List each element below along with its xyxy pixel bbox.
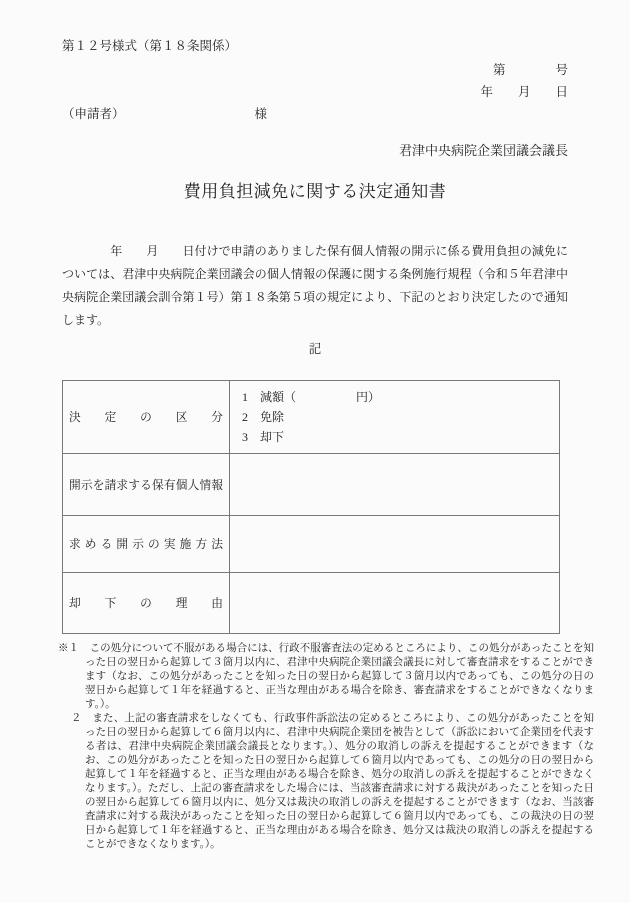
document-page: 第１２号様式（第１８条関係） 第 号 年 月 日 （申請者） 様 君津中央病院企… [0,0,630,903]
personal-info-cell [230,454,560,516]
note-2-text: また、上記の審査請求をしなくても、行政事件訴訟法の定めるところにより、この処分が… [85,713,594,850]
applicant-line: （申請者） 様 [62,106,568,122]
rejection-reason-cell [230,573,560,634]
option-exemption: 2 免除 [242,407,547,427]
date-line: 年 月 日 [62,84,568,100]
record-heading: 記 [62,341,568,357]
form-number: 第１２号様式（第１８条関係） [62,38,568,54]
row-label-rejection-reason: 却下の理由 [63,573,230,634]
decision-table: 決定の区分 1 減額（ 円） 2 免除 3 却下 開示を請求する保有個人情報 求… [62,380,560,634]
row-label-personal-info: 開示を請求する保有個人情報 [63,454,230,516]
note-2-marker: ２ [71,713,92,724]
applicant-honorific: 様 [255,106,268,122]
note-1-text: この処分について不服がある場合には、行政不服審査法の定めるところにより、この処分… [85,643,594,710]
table-row-personal-info: 開示を請求する保有個人情報 [63,454,560,516]
option-rejection: 3 却下 [242,427,547,447]
table-row-decision-category: 決定の区分 1 減額（ 円） 2 免除 3 却下 [63,381,560,454]
document-number-line: 第 号 [62,62,568,78]
applicant-label: （申請者） [62,106,125,122]
body-paragraph: 年 月 日付けで申請のありました保有個人情報の開示に係る費用負担の減免については… [62,240,568,332]
note-1-marker: ※１ [58,643,90,654]
disclosure-method-cell [230,516,560,573]
table-row-rejection-reason: 却下の理由 [63,573,560,634]
decision-options-cell: 1 減額（ 円） 2 免除 3 却下 [230,381,560,454]
document-title: 費用負担減免に関する決定通知書 [62,180,568,204]
option-reduction: 1 減額（ 円） [242,387,547,407]
note-item-1: ※１ この処分について不服がある場合には、行政不服審査法の定めるところにより、こ… [58,642,594,712]
notes-section: ※１ この処分について不服がある場合には、行政不服審査法の定めるところにより、こ… [58,642,594,852]
row-label-disclosure-method: 求める開示の実施方法 [63,516,230,573]
table-row-disclosure-method: 求める開示の実施方法 [63,516,560,573]
note-item-2: ２ また、上記の審査請求をしなくても、行政事件訴訟法の定めるところにより、この処… [58,712,594,852]
row-label-decision-category: 決定の区分 [63,381,230,454]
sender-title: 君津中央病院企業団議会議長 [62,143,568,159]
